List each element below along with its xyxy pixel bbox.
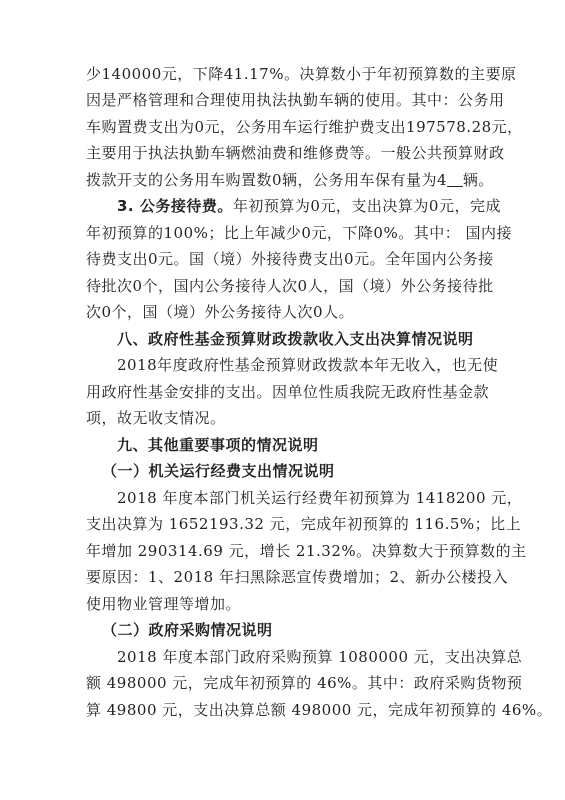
paragraph-line: 2018 年度本部门政府采购预算 1080000 元，支出决算总 — [117, 645, 478, 669]
paragraph-line: 待批次0个，国内公务接待人次0人，国（境）外公务接待批 — [86, 274, 478, 298]
section-heading-9: 九、其他重要事项的情况说明 — [117, 433, 478, 457]
line-text: 辆。 — [463, 171, 494, 189]
paragraph-line: 使用物业管理等增加。 — [86, 592, 478, 616]
subsection-heading-1: （一）机关运行经费支出情况说明 — [102, 459, 478, 483]
section-label-reception-fee: 3. 公务接待费。 — [117, 197, 233, 215]
section-heading-8: 八、政府性基金预算财政拨款收入支出决算情况说明 — [117, 327, 478, 351]
paragraph-line: 因是严格管理和合理使用执法执勤车辆的使用。其中：公务用 — [86, 88, 478, 112]
paragraph-line: 3. 公务接待费。年初预算为0元，支出决算为0元，完成 — [117, 194, 478, 218]
paragraph-line: 车购置费支出为0元，公务用车运行维护费支出197578.28元， — [86, 115, 478, 139]
paragraph-line: 年初预算的100%；比上年减少0元，下降0%。其中： 国内接 — [86, 221, 478, 245]
paragraph-line: 用政府性基金安排的支出。因单位性质我院无政府性基金款 — [86, 380, 478, 404]
paragraph-line: 主要用于执法执勤车辆燃油费和维修费等。一般公共预算财政 — [86, 141, 478, 165]
paragraph-line: 年增加 290314.69 元，增长 21.32%。决算数大于预算数的主 — [86, 539, 478, 563]
line-text: 拨款开支的公务用车购置数0辆，公务用车保有量为4 — [86, 171, 447, 189]
paragraph-line: 要原因：1、2018 年扫黑除恶宣传费增加；2、新办公楼投入 — [86, 565, 478, 589]
paragraph-line: 拨款开支的公务用车购置数0辆，公务用车保有量为4 辆。 — [86, 168, 478, 192]
paragraph-line: 次0个，国（境）外公务接待人次0人。 — [86, 300, 478, 324]
document-page: 少140000元，下降41.17%。决算数小于年初预算数的主要原 因是严格管理和… — [0, 0, 565, 800]
paragraph-line: 少140000元，下降41.17%。决算数小于年初预算数的主要原 — [86, 62, 478, 86]
paragraph-line: 2018 年度本部门机关运行经费年初预算为 1418200 元， — [117, 486, 478, 510]
vehicle-count-blank — [447, 171, 463, 189]
paragraph-line: 项，故无收支情况。 — [86, 406, 478, 430]
paragraph-line: 支出决算为 1652193.32 元，完成年初预算的 116.5%；比上 — [86, 512, 478, 536]
paragraph-line: 额 498000 元，完成年初预算的 46%。其中：政府采购货物预 — [86, 671, 478, 695]
paragraph-line: 算 49800 元，支出决算总额 498000 元，完成年初预算的 46%。 — [86, 698, 478, 722]
subsection-heading-2: （二）政府采购情况说明 — [102, 618, 478, 642]
paragraph-line: 待费支出0元。国（境）外接待费支出0元。全年国内公务接 — [86, 247, 478, 271]
paragraph-line: 2018年度政府性基金预算财政拨款本年无收入，也无使 — [117, 353, 478, 377]
line-text: 年初预算为0元，支出决算为0元，完成 — [233, 197, 501, 215]
